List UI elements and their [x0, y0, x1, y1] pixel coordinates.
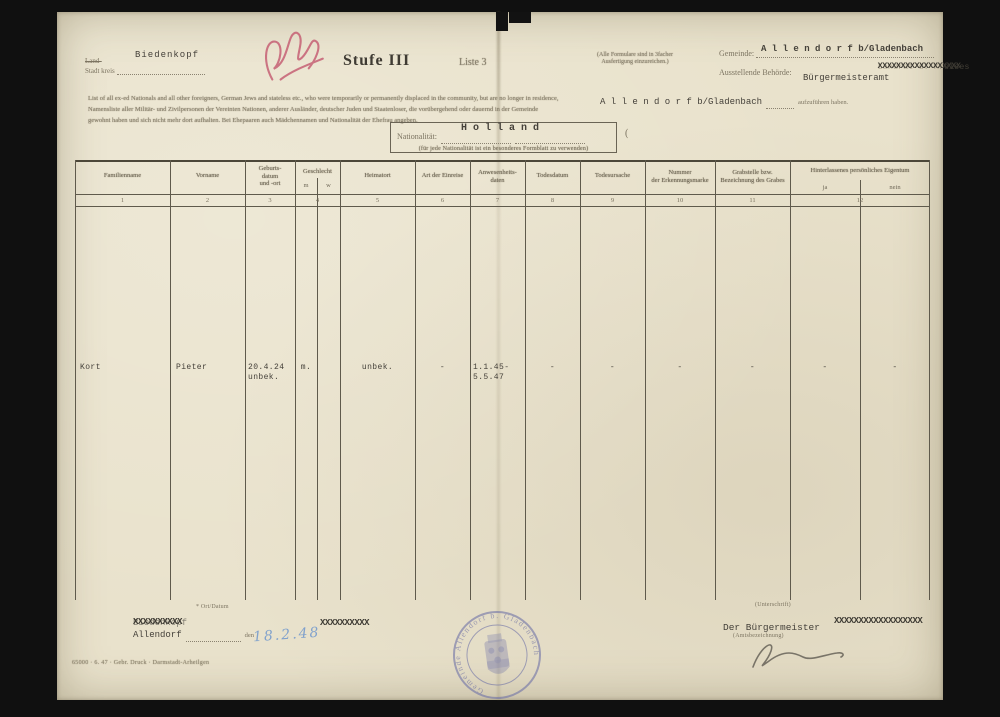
red-scribble-mark — [255, 26, 330, 84]
col-header-anwesenheit: Anwesenheits- daten — [470, 169, 525, 184]
footer-ort-note: * Ort/Datum — [196, 604, 229, 610]
row-anwesenheit: 1.1.45- 5.5.47 — [473, 363, 525, 382]
col-num: 5 — [340, 195, 415, 206]
kreis-stadt-label: Stadt — [85, 67, 99, 75]
footer-struck-office: XXXXXXXXXXXXXXXXXX — [834, 616, 922, 626]
row-familienname: Kort — [80, 363, 170, 373]
col-sub-eigentum-nein: nein — [860, 184, 930, 191]
col-header-todesdatum: Todesdatum — [525, 172, 580, 180]
intro-line1: List of all ex-ed Nationals and all othe… — [88, 93, 648, 104]
col-header-geschlecht: Geschlecht — [295, 168, 340, 176]
footer-struck-date: XXXXXXXXXX — [320, 618, 369, 628]
kreis-dotted-line — [117, 65, 205, 75]
dotted-line — [186, 632, 241, 642]
col-num: 9 — [580, 195, 645, 206]
col-header-erkennungsmarke: Nummer der Erkennungsmarke — [645, 169, 715, 184]
kreis-value: Biedenkopf — [135, 52, 199, 59]
col-num: 6 — [415, 195, 470, 206]
col-num: 12 — [790, 195, 930, 206]
footer-buergermeister: Der Bürgermeister — [723, 622, 820, 633]
kreis-field: Land- Stadt kreis Biedenkopf — [85, 58, 205, 75]
scan-artifact — [509, 12, 531, 23]
behoerde-field: Ausstellende Behörde: Landrat d. Kreises… — [719, 68, 885, 78]
col-num: 1 — [75, 195, 170, 206]
nationality-value: H o l l a n d — [461, 123, 539, 134]
col-header-eigentum: Hinterlassenes persönliches Eigentum — [790, 167, 930, 175]
behoerde-value: Bürgermeisteramt — [803, 73, 889, 83]
row-eigentum-ja: - — [790, 363, 860, 373]
intro-typed-city: A l l e n d o r f b/Gladenbach — [600, 97, 762, 107]
signature-note: (Unterschrift) — [755, 602, 791, 608]
col-sub-eigentum-ja: ja — [790, 184, 860, 191]
col-num: 11 — [715, 195, 790, 206]
intro-line1-end: aufzuführen haben. — [798, 99, 848, 106]
col-header-todesursache: Todesursache — [580, 172, 645, 180]
printer-imprint: 65000 · 6. 47 · Gebr. Druck · Darmstadt-… — [72, 660, 209, 666]
nationality-note: (für jede Nationalität ist ein besondere… — [397, 146, 610, 152]
row-geschlecht-m: m. — [295, 363, 317, 373]
behoerde-struck-value: Landrat d. Kreises XXXXXXXXXXXXXXXXXX — [878, 62, 970, 72]
form-title: Stufe III — [343, 52, 410, 70]
liste-label: Liste 3 — [459, 57, 487, 68]
gemeinde-field: Gemeinde: A l l e n d o r f b/Gladenbach — [719, 48, 934, 58]
registration-table: Familienname Vorname Geburts- datum und … — [75, 160, 930, 600]
col-sub-geschlecht-m: m — [295, 182, 317, 189]
gemeinde-label: Gemeinde: — [719, 49, 754, 58]
gemeinde-value: A l l e n d o r f b/Gladenbach — [761, 44, 923, 54]
form-note: (Alle Formulare sind in 3facher Ausferti… — [585, 52, 685, 66]
handwritten-date: 18.2.48 — [253, 625, 321, 646]
intro-typed-city-row: A l l e n d o r f b/Gladenbach aufzuführ… — [600, 91, 848, 109]
row-geburt: 20.4.24 unbek. — [248, 363, 295, 382]
row-heimatort: unbek. — [340, 363, 415, 373]
behoerde-label: Ausstellende Behörde: — [719, 68, 792, 77]
col-num: 7 — [470, 195, 525, 206]
row-todesdatum: - — [525, 363, 580, 373]
col-num: 10 — [645, 195, 715, 206]
col-num: 3 — [245, 195, 295, 206]
footer-city: Allendorf — [133, 630, 182, 640]
row-grab: - — [715, 363, 790, 373]
row-einreise: - — [415, 363, 470, 373]
kreis-land-label: Land- — [85, 57, 102, 65]
scan-artifact — [496, 12, 508, 31]
col-sub-geschlecht-w: w — [317, 182, 340, 189]
dotted-line — [441, 134, 511, 144]
nationality-box: Nationalität: H o l l a n d (für jede Na… — [390, 122, 617, 153]
municipal-stamp: Gemeinde Allendorf b. Gladenbach — [450, 608, 544, 702]
footer-city-row: Allendorf den — [133, 624, 254, 642]
row-marke: - — [645, 363, 715, 373]
nationality-label: Nationalität: — [397, 132, 437, 141]
col-header-grabstelle: Grabstelle bzw. Bezeichnung des Grabes — [715, 169, 790, 184]
kreis-word: kreis — [101, 67, 115, 75]
col-num: 2 — [170, 195, 245, 206]
dotted-line — [515, 134, 585, 144]
col-header-einreise: Art der Einreise — [415, 172, 470, 180]
col-header-familienname: Familienname — [75, 172, 170, 180]
row-eigentum-nein: - — [860, 363, 930, 373]
scanned-form-page: Land- Stadt kreis Biedenkopf Stufe III L… — [57, 12, 943, 700]
col-num: 8 — [525, 195, 580, 206]
col-header-heimatort: Heimatort — [340, 172, 415, 180]
col-header-geburtsdatum: Geburts- datum und -ort — [245, 165, 295, 188]
handwritten-signature — [745, 635, 855, 680]
col-num: 4 — [295, 195, 340, 206]
row-vorname: Pieter — [176, 363, 245, 373]
row-todesursache: - — [580, 363, 645, 373]
dotted-line — [766, 99, 794, 109]
col-header-vorname: Vorname — [170, 172, 245, 180]
paren-mark: ( — [625, 128, 628, 139]
